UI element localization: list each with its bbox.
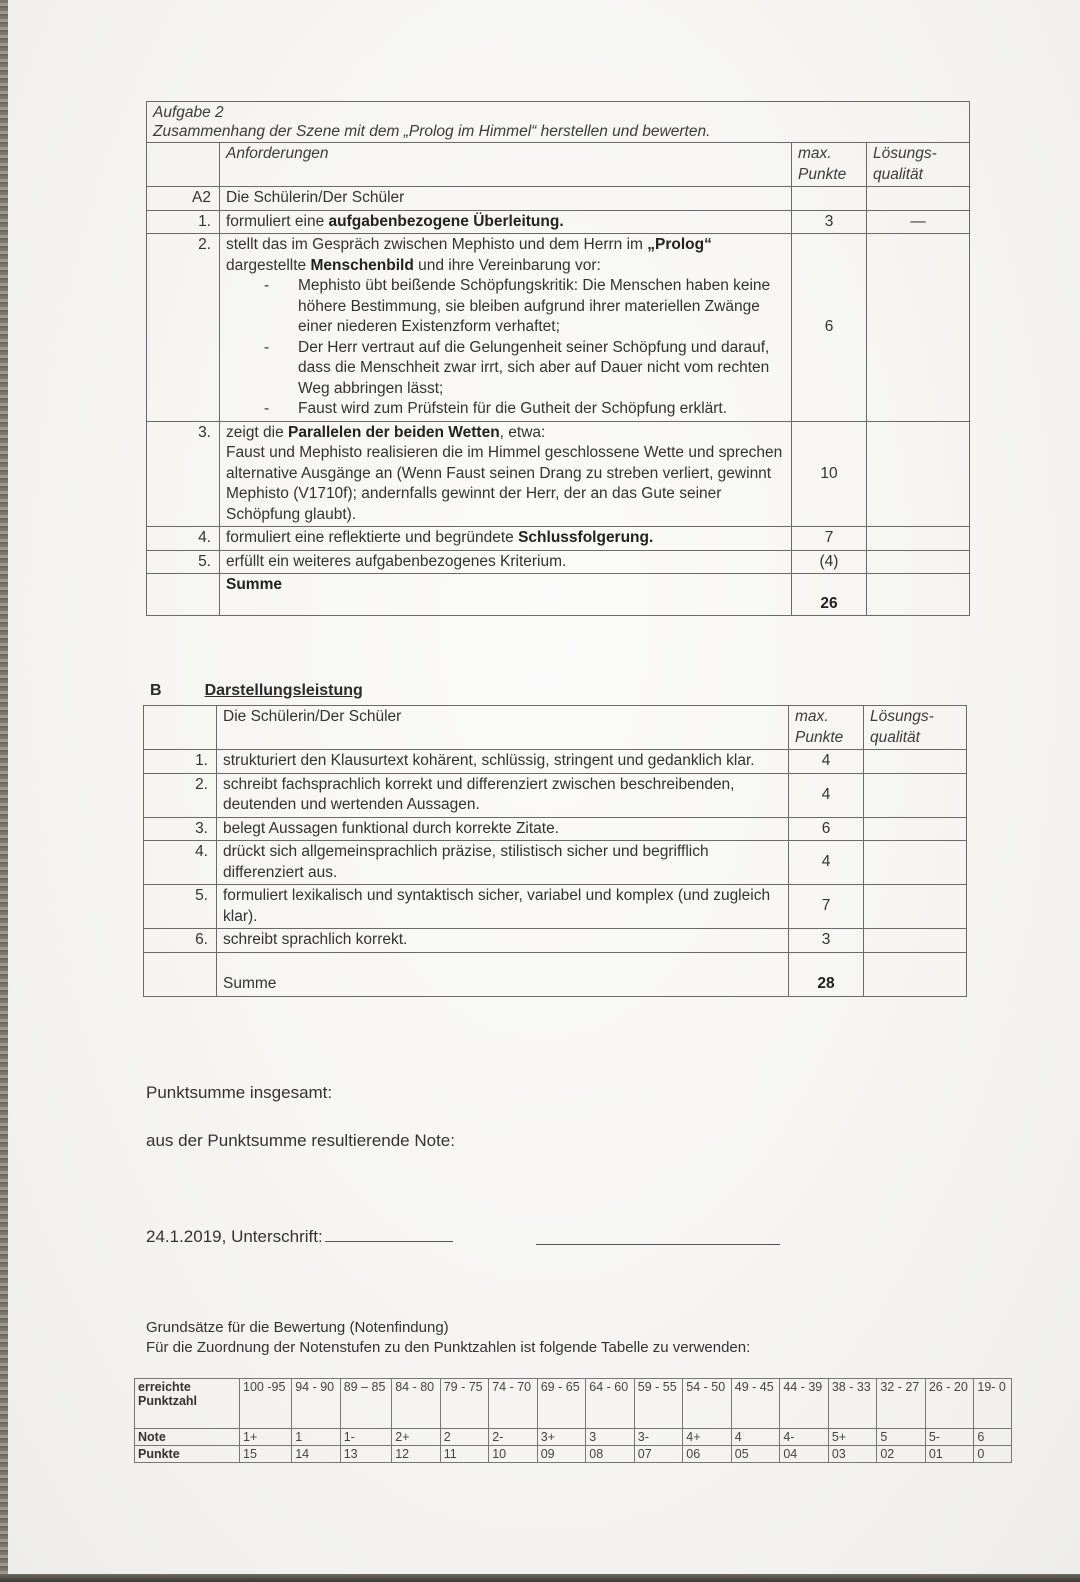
- grade-cell: 13: [340, 1446, 391, 1463]
- grade-cell: 5-: [925, 1429, 974, 1446]
- grade-cell: 1: [292, 1429, 341, 1446]
- list-item: Faust wird zum Prüfstein für die Gutheit…: [298, 399, 785, 420]
- list-item: Mephisto übt beißende Schöpfungskritik: …: [298, 276, 785, 338]
- grade-cell: 09: [537, 1446, 586, 1463]
- row-label-range: erreichte Punktzahl: [135, 1379, 240, 1429]
- section-b-heading: BDarstellungsleistung: [150, 682, 363, 700]
- task-label: Aufgabe 2: [153, 103, 963, 122]
- grade-cell: 02: [877, 1446, 926, 1463]
- table-row: 4. formuliert eine reflektierte und begr…: [147, 527, 970, 551]
- grade-cell: 6: [974, 1429, 1012, 1446]
- date-signature-line: 24.1.2019, Unterschrift:: [146, 1227, 453, 1247]
- grade-cell: 5+: [828, 1429, 877, 1446]
- grade-cell: 32 - 27: [877, 1379, 926, 1429]
- resulting-grade-label: aus der Punktsumme resultierende Note:: [146, 1131, 455, 1151]
- page-bottom-edge: [0, 1574, 1080, 1582]
- table-row: 3. zeigt die Parallelen der beiden Wette…: [147, 421, 970, 527]
- grade-cell: 08: [586, 1446, 635, 1463]
- intro-text: Die Schülerin/Der Schüler: [220, 187, 792, 211]
- grade-cell: 19- 0: [974, 1379, 1012, 1429]
- col-max-points: max. Punkte: [789, 706, 864, 750]
- grade-cell: 84 - 80: [392, 1379, 441, 1429]
- grade-cell: 14: [292, 1446, 341, 1463]
- intro-num: A2: [147, 187, 220, 211]
- table-row: 1. formuliert eine aufgabenbezogene Über…: [147, 210, 970, 234]
- grade-cell: 3: [586, 1429, 635, 1446]
- signature-field[interactable]: [325, 1241, 453, 1242]
- intro-text: Die Schülerin/Der Schüler: [217, 706, 789, 750]
- grade-cell: 94 - 90: [292, 1379, 341, 1429]
- grade-cell: 05: [731, 1446, 780, 1463]
- grade-cell: 3+: [537, 1429, 586, 1446]
- grade-cell: 2-: [489, 1429, 538, 1446]
- grade-cell: 10: [489, 1446, 538, 1463]
- table-row: 2.schreibt fachsprachlich korrekt und di…: [144, 773, 967, 817]
- col-max-points: max. Punkte: [792, 143, 867, 187]
- grade-cell: 64 - 60: [586, 1379, 635, 1429]
- grade-cell: 54 - 50: [683, 1379, 732, 1429]
- grading-instruction: Für die Zuordnung der Notenstufen zu den…: [146, 1338, 750, 1358]
- grade-cell: 0: [974, 1446, 1012, 1463]
- grade-cell: 79 - 75: [440, 1379, 489, 1429]
- grade-cell: 01: [925, 1446, 974, 1463]
- grade-cell: 2+: [392, 1429, 441, 1446]
- grade-cell: 5: [877, 1429, 926, 1446]
- grade-cell: 15: [240, 1446, 292, 1463]
- grade-cell: 44 - 39: [780, 1379, 829, 1429]
- table-row: 1.strukturiert den Klausurtext kohärent,…: [144, 750, 967, 774]
- grading-principles: Grundsätze für die Bewertung (Notenfindu…: [146, 1318, 750, 1358]
- grade-cell: 11: [440, 1446, 489, 1463]
- grade-cell: 2: [440, 1429, 489, 1446]
- grade-cell: 49 - 45: [731, 1379, 780, 1429]
- sum-row: Summe 26: [147, 574, 970, 616]
- grade-cell: 69 - 65: [537, 1379, 586, 1429]
- binder-edge: [0, 0, 8, 1582]
- grade-cell: 1-: [340, 1429, 391, 1446]
- col-requirements: Anforderungen: [220, 143, 792, 187]
- grade-cell: 4+: [683, 1429, 732, 1446]
- grade-cell: 59 - 55: [634, 1379, 683, 1429]
- bullet-list: Mephisto übt beißende Schöpfungskritik: …: [226, 276, 785, 420]
- table-row: 2. stellt das im Gespräch zwischen Mephi…: [147, 234, 970, 422]
- list-item: Der Herr vertraut auf die Gelungenheit s…: [298, 338, 785, 400]
- grade-cell: 4-: [780, 1429, 829, 1446]
- table-row: 5.formuliert lexikalisch und syntaktisch…: [144, 885, 967, 929]
- col-quality: Lösungs-qualität: [864, 706, 967, 750]
- row-label-points: Punkte: [135, 1446, 240, 1463]
- col-quality: Lösungs-qualität: [867, 143, 970, 187]
- table-row: 4.drückt sich allgemeinsprachlich präzis…: [144, 841, 967, 885]
- total-points-label: Punktsumme insgesamt:: [146, 1083, 332, 1103]
- row-label-note: Note: [135, 1429, 240, 1446]
- grade-cell: 74 - 70: [489, 1379, 538, 1429]
- grade-cell: 03: [828, 1446, 877, 1463]
- task-title: Zusammenhang der Szene mit dem „Prolog i…: [153, 122, 963, 141]
- grade-cell: 4: [731, 1429, 780, 1446]
- grade-scale-table: erreichte Punktzahl 100 -9594 - 9089 – 8…: [134, 1378, 1012, 1463]
- grade-cell: 26 - 20: [925, 1379, 974, 1429]
- table-row: 3.belegt Aussagen funktional durch korre…: [144, 817, 967, 841]
- sum-row: Summe 28: [144, 952, 967, 996]
- grade-cell: 07: [634, 1446, 683, 1463]
- signature-field-2[interactable]: [536, 1244, 780, 1245]
- table-row: 6.schreibt sprachlich korrekt.3: [144, 929, 967, 953]
- grade-cell: 04: [780, 1446, 829, 1463]
- grading-heading: Grundsätze für die Bewertung (Notenfindu…: [146, 1318, 750, 1338]
- quality-dash: —: [867, 210, 970, 234]
- grade-cell: 38 - 33: [828, 1379, 877, 1429]
- task2-rubric-table: Aufgabe 2 Zusammenhang der Szene mit dem…: [146, 101, 970, 616]
- grade-cell: 1+: [240, 1429, 292, 1446]
- grade-cell: 100 -95: [240, 1379, 292, 1429]
- grade-cell: 3-: [634, 1429, 683, 1446]
- presentation-rubric-table: Die Schülerin/Der Schüler max. Punkte Lö…: [143, 705, 967, 997]
- grade-cell: 06: [683, 1446, 732, 1463]
- grade-cell: 89 – 85: [340, 1379, 391, 1429]
- table-row: 5. erfüllt ein weiteres aufgabenbezogene…: [147, 550, 970, 574]
- task-header-cell: Aufgabe 2 Zusammenhang der Szene mit dem…: [147, 102, 970, 143]
- grade-cell: 12: [392, 1446, 441, 1463]
